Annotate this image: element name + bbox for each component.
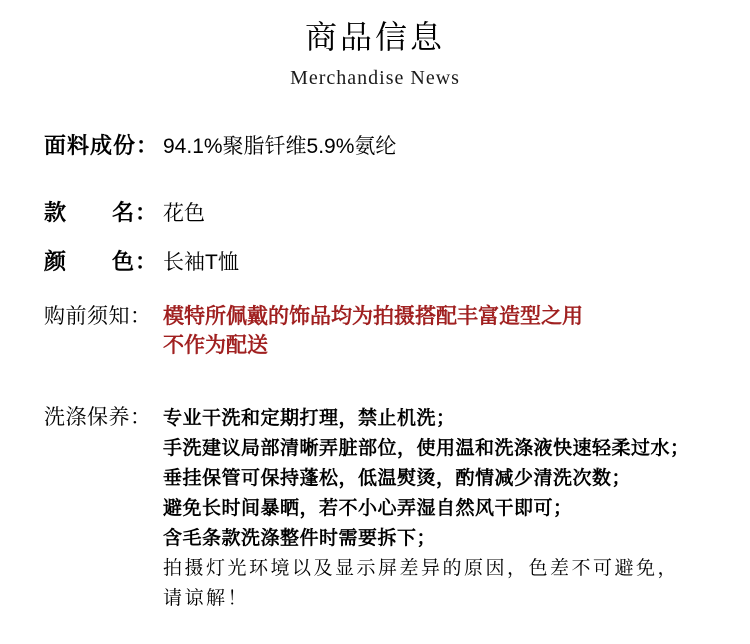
care-line: 手洗建议局部清晰弄脏部位，使用温和洗涤液快速轻柔过水； (163, 434, 690, 464)
fabric-composition-row: 面料成份： 94.1%聚脂钎维5.9%氨纶 (44, 129, 396, 160)
page-title: 商品信息 (0, 18, 750, 56)
care-instructions-row: 洗涤保养： 专业干洗和定期打理，禁止机洗； 手洗建议局部清晰弄脏部位，使用温和洗… (44, 401, 690, 614)
color-label: 颜 色： (44, 245, 158, 276)
care-line: 专业干洗和定期打理，禁止机洗； (163, 404, 690, 434)
style-name-label: 款 名： (44, 196, 158, 227)
purchase-notice-line: 不作为配送 (163, 331, 583, 360)
purchase-notice-text: 模特所佩戴的饰品均为拍摄搭配丰富造型之用 不作为配送 (163, 302, 583, 360)
style-name-label-first: 款 (44, 196, 67, 227)
style-name-row: 款 名： 花色 (44, 196, 205, 227)
style-name-value: 花色 (163, 197, 205, 227)
fabric-composition-label: 面料成份： (44, 129, 158, 160)
page-subtitle: Merchandise News (0, 66, 750, 90)
color-row: 颜 色： 长袖T恤 (44, 245, 239, 276)
purchase-notice-label: 购前须知： (44, 300, 158, 330)
care-line: 拍摄灯光环境以及显示屏差异的原因，色差不可避免， (163, 554, 690, 584)
color-label-rest: 色： (112, 245, 158, 276)
color-value: 长袖T恤 (163, 246, 239, 276)
care-instructions-text: 专业干洗和定期打理，禁止机洗； 手洗建议局部清晰弄脏部位，使用温和洗涤液快速轻柔… (163, 404, 690, 614)
care-instructions-label: 洗涤保养： (44, 401, 158, 431)
purchase-notice-row: 购前须知： 模特所佩戴的饰品均为拍摄搭配丰富造型之用 不作为配送 (44, 300, 583, 360)
care-line: 请谅解！ (163, 584, 690, 614)
style-name-label-rest: 名： (112, 196, 158, 227)
purchase-notice-line: 模特所佩戴的饰品均为拍摄搭配丰富造型之用 (163, 302, 583, 331)
care-line: 含毛条款洗涤整件时需要拆下； (163, 524, 690, 554)
fabric-composition-value: 94.1%聚脂钎维5.9%氨纶 (163, 130, 396, 160)
product-info-page: 商品信息 Merchandise News 面料成份： 94.1%聚脂钎维5.9… (0, 0, 750, 644)
care-line: 避免长时间暴晒，若不小心弄湿自然风干即可； (163, 494, 690, 524)
color-label-first: 颜 (44, 245, 67, 276)
care-line: 垂挂保管可保持蓬松，低温熨烫，酌情减少清洗次数； (163, 464, 690, 494)
